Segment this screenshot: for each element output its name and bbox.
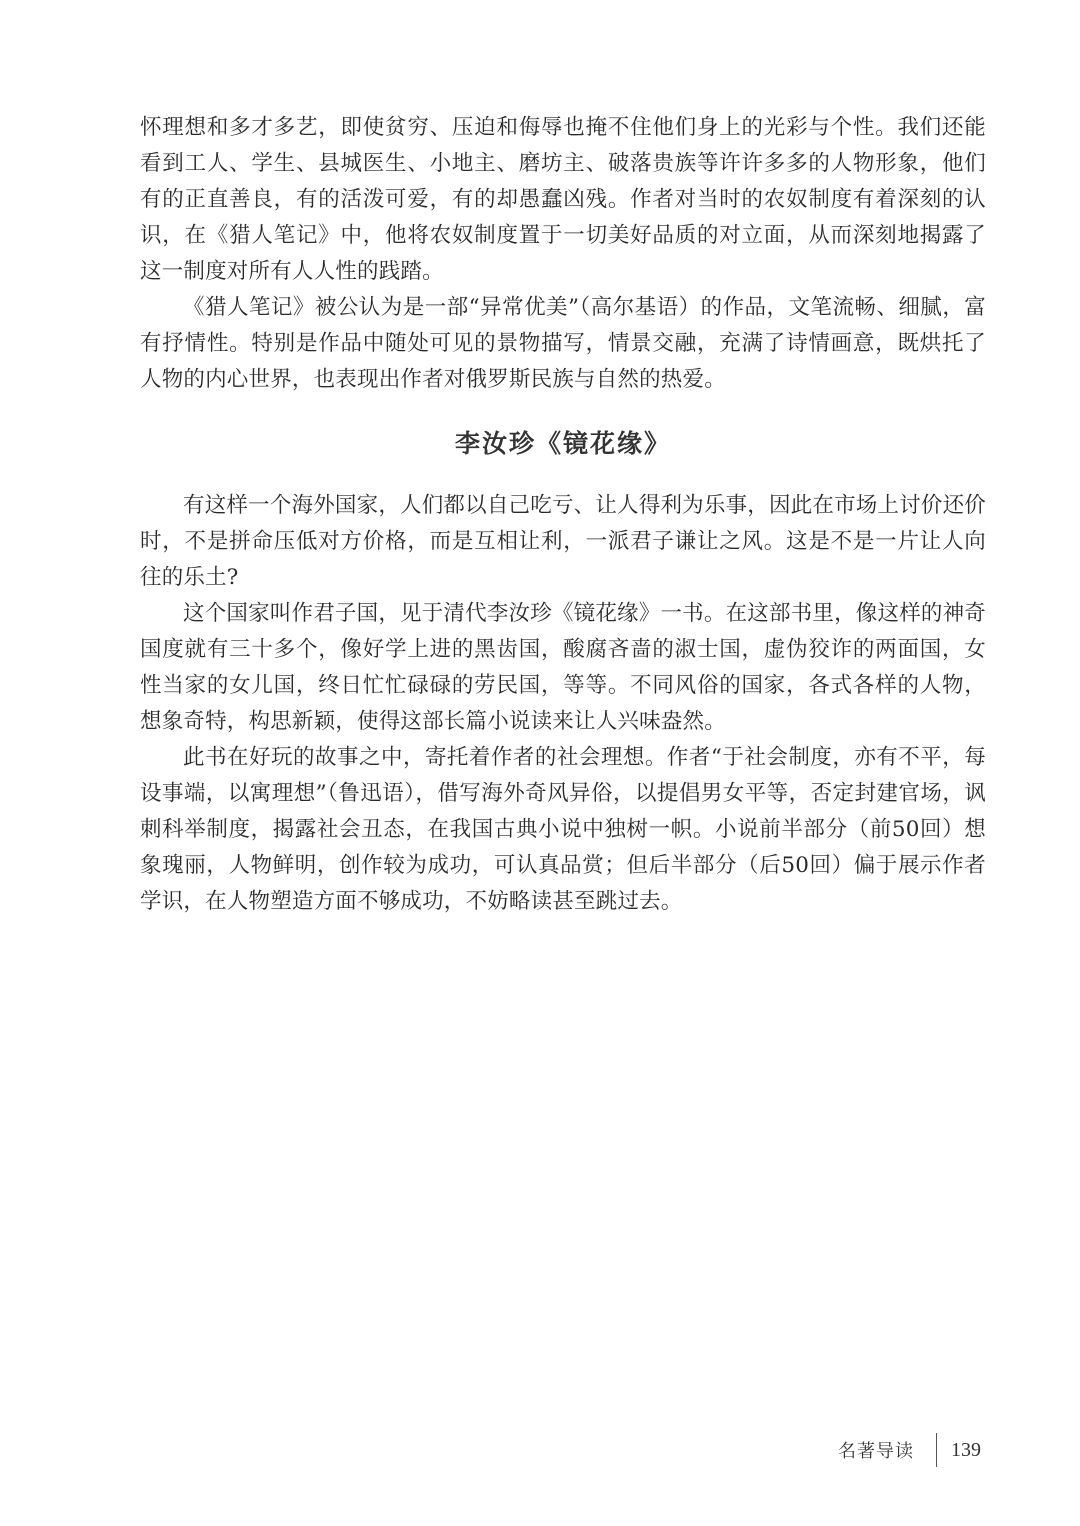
section-title: 李汝珍《镜花缘》 [140, 424, 986, 464]
paragraph-countries: 这个国家叫作君子国，见于清代李汝珍《镜花缘》一书。在这部书里，像这样的神奇国度就… [140, 596, 986, 740]
footer-divider [936, 1433, 937, 1467]
paragraph-continued: 怀理想和多才多艺，即使贫穷、压迫和侮辱也掩不住他们身上的光彩与个性。我们还能看到… [140, 110, 986, 290]
paragraph-hunters-notes-style: 《猎人笔记》被公认为是一部“异常优美”（高尔基语）的作品，文笔流畅、细腻，富有抒… [140, 290, 986, 398]
footer-book-title: 名著导读 [838, 1437, 914, 1463]
page-number: 139 [951, 1439, 981, 1462]
page-content: 怀理想和多才多艺，即使贫穷、压迫和侮辱也掩不住他们身上的光彩与个性。我们还能看到… [140, 110, 986, 920]
paragraph-social-ideal: 此书在好玩的故事之中，寄托着作者的社会理想。作者“于社会制度，亦有不平，每设事端… [140, 740, 986, 920]
paragraph-intro-question: 有这样一个海外国家，人们都以自己吃亏、让人得利为乐事，因此在市场上讨价还价时，不… [140, 488, 986, 596]
page-footer: 名著导读 139 [838, 1432, 981, 1468]
